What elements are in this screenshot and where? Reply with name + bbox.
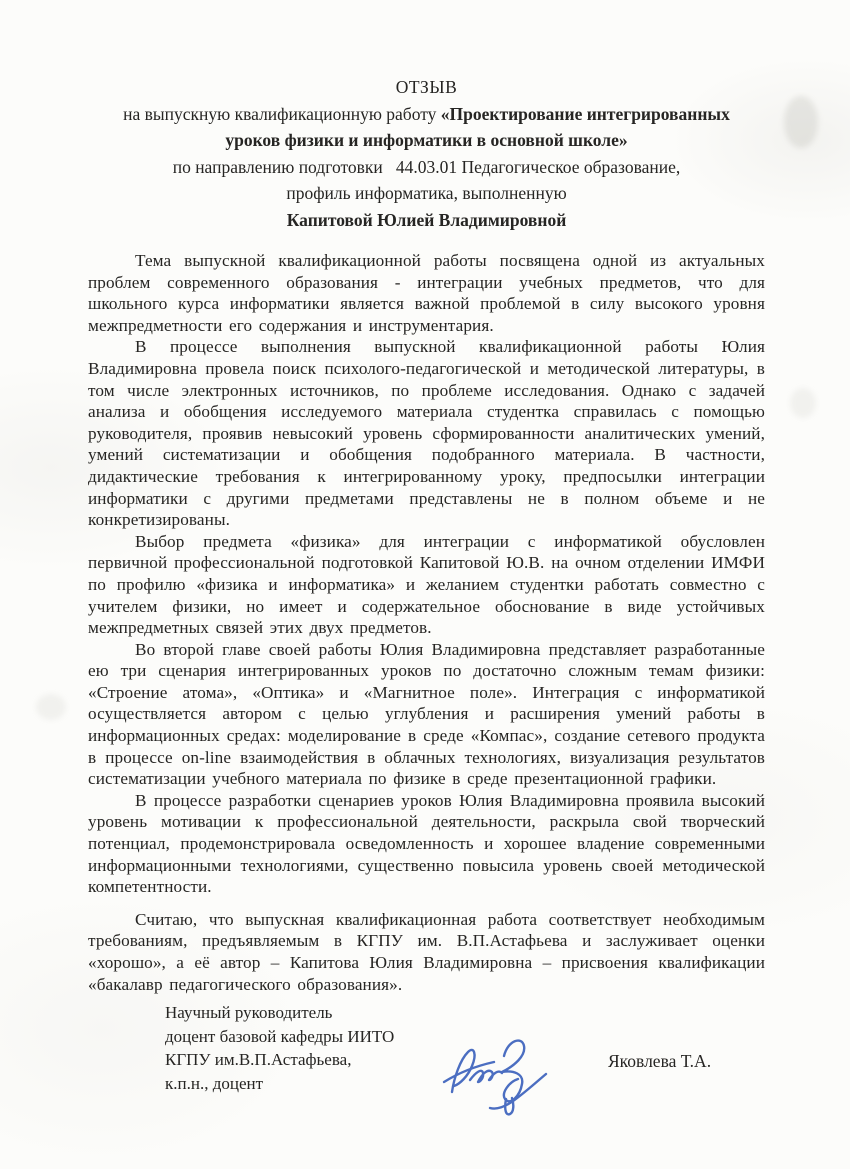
supervisor-role-line: к.п.н., доцент [165, 1072, 394, 1096]
document-title: ОТЗЫВ [88, 74, 765, 101]
work-title-line1: «Проектирование интегрированных [441, 104, 730, 124]
handwritten-signature-icon [432, 1022, 562, 1122]
work-title-line2: уроков физики и информатики в основной ш… [88, 127, 765, 154]
signature-block: Научный руководитель доцент базовой кафе… [165, 1001, 394, 1095]
body-paragraph-conclusion: Считаю, что выпускная квалификационная р… [88, 909, 765, 995]
program-line: по направлению подготовки 44.03.01 Педаг… [88, 154, 765, 181]
work-subject-prefix: на выпускную квалификационную работу [123, 104, 441, 124]
scan-artifact [36, 694, 66, 720]
scan-artifact [790, 388, 816, 418]
document-content: ОТЗЫВ на выпускную квалификационную рабо… [88, 74, 765, 995]
body-paragraph: В процессе разработки сценариев уроков Ю… [88, 790, 765, 898]
work-subject-line: на выпускную квалификационную работу «Пр… [88, 101, 765, 128]
scan-artifact [784, 96, 818, 148]
body-paragraph: Выбор предмета «физика» для интеграции с… [88, 531, 765, 639]
document-header: ОТЗЫВ на выпускную квалификационную рабо… [88, 74, 765, 233]
profile-line: профиль информатика, выполненную [88, 180, 765, 207]
signer-name: Яковлева Т.А. [608, 1051, 711, 1072]
scanned-review-document: ОТЗЫВ на выпускную квалификационную рабо… [0, 0, 850, 1169]
body-paragraph: Тема выпускной квалификационной работы п… [88, 250, 765, 336]
body-paragraph: Во второй главе своей работы Юлия Владим… [88, 639, 765, 790]
student-name: Капитовой Юлией Владимировной [88, 207, 765, 234]
supervisor-role-line: доцент базовой кафедры ИИТО [165, 1025, 394, 1049]
document-body: Тема выпускной квалификационной работы п… [88, 250, 765, 995]
body-paragraph: В процессе выполнения выпускной квалифик… [88, 336, 765, 530]
supervisor-role-line: КГПУ им.В.П.Астафьева, [165, 1048, 394, 1072]
supervisor-role-line: Научный руководитель [165, 1001, 394, 1025]
